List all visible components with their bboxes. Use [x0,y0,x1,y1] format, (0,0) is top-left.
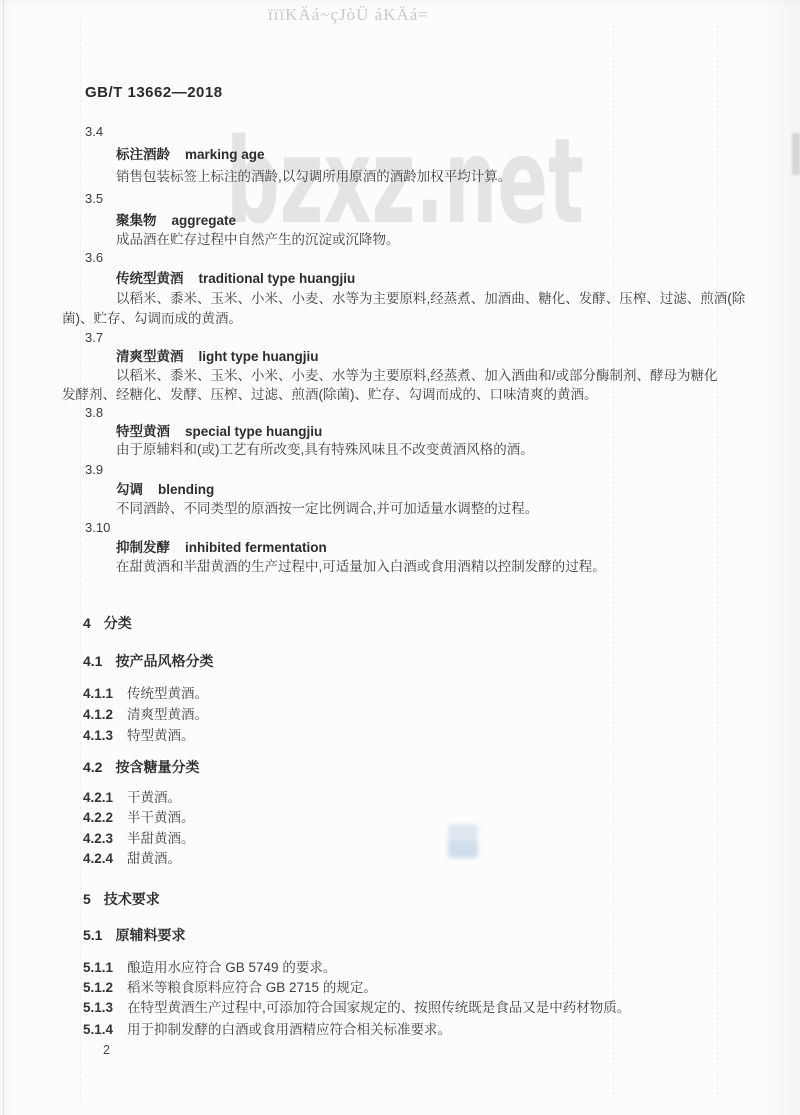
clause-number: 3.5 [85,190,103,207]
item-number: 4.2.2 [83,810,113,825]
list-item: 4.2.3半甜黄酒。 [83,830,195,847]
term-cn: 传统型黄酒 [116,271,184,286]
item-number: 4.1.3 [83,728,113,743]
item-number: 5.1.1 [83,960,113,975]
section-number: 5 [83,891,91,907]
term-cn: 聚集物 [116,213,157,228]
section-number: 4 [83,615,91,631]
item-text: 传统型黄酒。 [127,686,208,701]
definition-line: 以稻米、黍米、玉米、小米、小麦、水等为主要原料,经蒸煮、加入酒曲和/或部分酶制剂… [116,367,718,384]
list-item: 4.2.4甜黄酒。 [83,850,181,867]
section-title: 分类 [104,615,132,631]
list-item: 4.1.1传统型黄酒。 [83,685,208,702]
scan-artifact-line [80,20,81,1100]
term-line: 传统型黄酒traditional type huangjiu [116,270,355,287]
subsection-title: 原辅料要求 [115,927,185,943]
subsection-heading: 4.1按产品风格分类 [83,653,213,670]
clause-number: 3.9 [85,461,103,478]
clause-number: 3.4 [85,123,103,140]
scan-header-artifact: ïïïKÄá~çJòÜ áKÄá= [268,6,429,23]
list-item: 5.1.3在特型黄酒生产过程中,可添加符合国家规定的、按照传统既是食品又是中药材… [83,999,630,1016]
term-cn: 清爽型黄酒 [116,349,184,364]
definition-line: 以稻米、黍米、玉米、小米、小麦、水等为主要原料,经蒸煮、加酒曲、糖化、发酵、压榨… [116,290,745,307]
section-heading: 5技术要求 [83,891,160,908]
standard-number: GB/T 13662—2018 [85,84,223,101]
clause-number: 3.7 [85,329,103,346]
list-item: 4.1.3特型黄酒。 [83,727,195,744]
item-text: 清爽型黄酒。 [127,707,208,722]
definition-line: 菌)、贮存、勾调而成的黄酒。 [62,310,242,327]
clause-number: 3.8 [85,404,103,421]
item-number: 5.1.3 [83,1000,113,1015]
subsection-number: 5.1 [83,927,102,943]
definition-line: 发酵剂、经糖化、发酵、压榨、过滤、煎酒(除菌)、贮存、勾调而成的、口味清爽的黄酒… [62,386,598,403]
item-text: 酿造用水应符合 GB 5749 的要求。 [127,960,336,975]
definition-line: 在甜黄酒和半甜黄酒的生产过程中,可适量加入白酒或食用酒精以控制发酵的过程。 [116,558,606,575]
list-item: 5.1.4用于抑制发酵的白酒或食用酒精应符合相关标准要求。 [83,1021,451,1038]
subsection-heading: 5.1原辅料要求 [83,927,185,944]
term-cn: 勾调 [116,482,143,497]
item-number: 4.2.3 [83,831,113,846]
list-item: 4.2.1干黄酒。 [83,789,181,806]
scan-edge-mark [792,133,800,175]
term-line: 聚集物aggregate [116,212,236,229]
term-en: marking age [185,147,265,162]
scan-artifact-line [613,20,614,1100]
subsection-title: 按含糖量分类 [115,759,199,775]
definition-line: 销售包装标签上标注的酒龄,以勾调所用原酒的酒龄加权平均计算。 [116,168,511,185]
scanned-document-page: bzxz.net ïïïKÄá~çJòÜ áKÄá= GB/T 13662—20… [0,0,800,1115]
definition-line: 成品酒在贮存过程中自然产生的沉淀或沉降物。 [116,231,400,248]
term-en: blending [158,482,214,497]
section-heading: 4分类 [83,615,132,632]
item-number: 5.1.4 [83,1022,113,1037]
item-number: 4.2.1 [83,790,113,805]
clause-number: 3.10 [85,519,110,536]
page-number: 2 [103,1042,110,1059]
term-cn: 标注酒龄 [116,147,170,162]
blue-stamp-smudge [448,824,478,858]
section-title: 技术要求 [104,891,160,907]
list-item: 4.2.2半干黄酒。 [83,809,195,826]
list-item: 5.1.1酿造用水应符合 GB 5749 的要求。 [83,959,336,976]
item-text: 甜黄酒。 [127,851,181,866]
subsection-number: 4.2 [83,759,102,775]
definition-line: 由于原辅料和(或)工艺有所改变,具有特殊风味且不改变黄酒风格的酒。 [116,441,534,458]
term-cn: 抑制发酵 [116,540,170,555]
term-line: 抑制发酵inhibited fermentation [116,539,327,556]
term-line: 清爽型黄酒light type huangjiu [116,348,319,365]
term-en: traditional type huangjiu [199,271,356,286]
page-edge-line [3,0,4,1115]
definition-line: 不同酒龄、不同类型的原酒按一定比例调合,并可加适量水调整的过程。 [116,500,538,517]
term-en: light type huangjiu [199,349,319,364]
item-number: 4.1.2 [83,707,113,722]
scan-artifact-line [717,20,718,1100]
term-en: special type huangjiu [185,424,322,439]
item-text: 稻米等粮食原料应符合 GB 2715 的规定。 [127,980,377,995]
item-text: 半干黄酒。 [127,810,195,825]
term-en: aggregate [172,213,237,228]
item-text: 半甜黄酒。 [127,831,195,846]
subsection-number: 4.1 [83,653,102,669]
term-line: 特型黄酒special type huangjiu [116,423,322,440]
subsection-heading: 4.2按含糖量分类 [83,759,199,776]
item-text: 用于抑制发酵的白酒或食用酒精应符合相关标准要求。 [127,1022,451,1037]
item-number: 4.2.4 [83,851,113,866]
list-item: 5.1.2稻米等粮食原料应符合 GB 2715 的规定。 [83,979,377,996]
item-text: 特型黄酒。 [127,728,195,743]
list-item: 4.1.2清爽型黄酒。 [83,706,208,723]
term-line: 标注酒龄marking age [116,146,265,163]
term-en: inhibited fermentation [185,540,327,555]
item-text: 干黄酒。 [127,790,181,805]
clause-number: 3.6 [85,249,103,266]
item-number: 5.1.2 [83,980,113,995]
item-text: 在特型黄酒生产过程中,可添加符合国家规定的、按照传统既是食品又是中药材物质。 [127,1000,630,1015]
term-cn: 特型黄酒 [116,424,170,439]
subsection-title: 按产品风格分类 [115,653,213,669]
item-number: 4.1.1 [83,686,113,701]
term-line: 勾调blending [116,481,214,498]
